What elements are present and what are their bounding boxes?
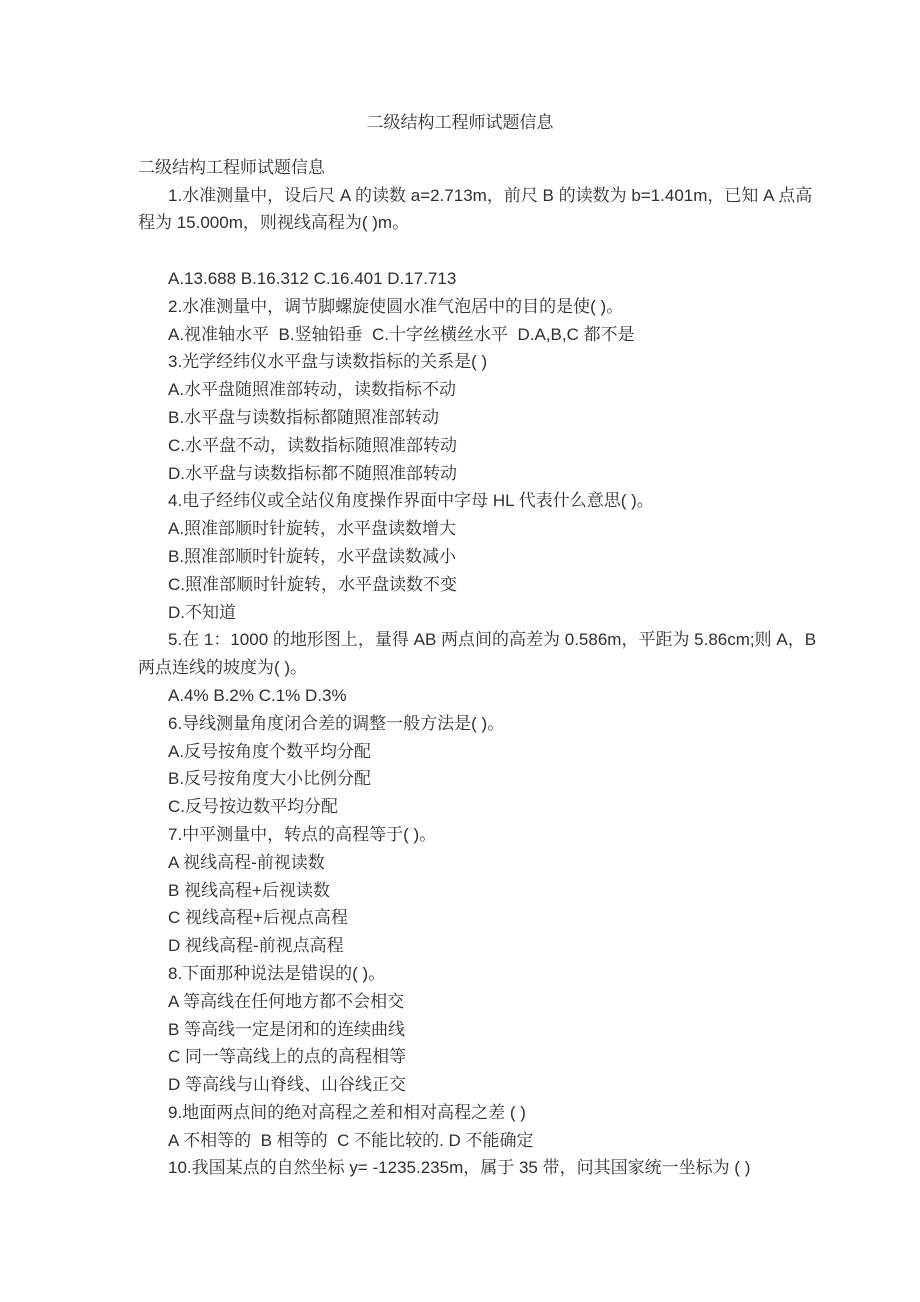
question-4-option-a: A.照准部顺时针旋转，水平盘读数增大 <box>0 515 920 543</box>
question-3: 3.光学经纬仪水平盘与读数指标的关系是( ) <box>0 348 920 376</box>
question-4: 4.电子经纬仪或全站仪角度操作界面中字母 HL 代表什么意思( )。 <box>0 487 920 515</box>
doc-heading: 二级结构工程师试题信息 <box>0 154 920 182</box>
question-8-option-d: D 等高线与山脊线、山谷线正交 <box>0 1071 920 1099</box>
question-6-option-c: C.反号按边数平均分配 <box>0 793 920 821</box>
blank-line <box>0 237 920 265</box>
question-7-option-b: B 视线高程+后视读数 <box>0 877 920 905</box>
question-7-option-a: A 视线高程-前视读数 <box>0 849 920 877</box>
question-7-option-c: C 视线高程+后视点高程 <box>0 904 920 932</box>
question-4-option-c: C.照准部顺时针旋转，水平盘读数不变 <box>0 571 920 599</box>
question-3-option-b: B.水平盘与读数指标都随照准部转动 <box>0 404 920 432</box>
question-6: 6.导线测量角度闭合差的调整一般方法是( )。 <box>0 710 920 738</box>
question-2: 2.水准测量中，调节脚螺旋使圆水准气泡居中的目的是使( )。 <box>0 293 920 321</box>
question-3-option-d: D.水平盘与读数指标都不随照准部转动 <box>0 460 920 488</box>
question-5-options: A.4% B.2% C.1% D.3% <box>0 682 920 710</box>
question-5-line-1: 5.在 1：1000 的地形图上，量得 AB 两点间的高差为 0.586m，平距… <box>0 626 920 654</box>
question-10: 10.我国某点的自然坐标 y= -1235.235m，属于 35 带，问其国家统… <box>0 1154 920 1182</box>
question-1-line-2: 程为 15.000m，则视线高程为( )m。 <box>0 209 920 237</box>
question-7: 7.中平测量中，转点的高程等于( )。 <box>0 821 920 849</box>
question-4-option-d: D.不知道 <box>0 599 920 627</box>
question-2-options: A.视准轴水平 B.竖轴铅垂 C.十字丝横丝水平 D.A,B,C 都不是 <box>0 321 920 349</box>
document-body: 二级结构工程师试题信息1.水准测量中，设后尺 A 的读数 a=2.713m，前尺… <box>0 154 920 1182</box>
question-6-option-b: B.反号按角度大小比例分配 <box>0 765 920 793</box>
question-1-line-1: 1.水准测量中，设后尺 A 的读数 a=2.713m，前尺 B 的读数为 b=1… <box>0 182 920 210</box>
question-4-option-b: B.照准部顺时针旋转，水平盘读数减小 <box>0 543 920 571</box>
question-6-option-a: A.反号按角度个数平均分配 <box>0 738 920 766</box>
question-9: 9.地面两点间的绝对高程之差和相对高程之差 ( ) <box>0 1099 920 1127</box>
question-1-options: A.13.688 B.16.312 C.16.401 D.17.713 <box>0 265 920 293</box>
question-3-option-c: C.水平盘不动，读数指标随照准部转动 <box>0 432 920 460</box>
question-8: 8.下面那种说法是错误的( )。 <box>0 960 920 988</box>
question-8-option-c: C 同一等高线上的点的高程相等 <box>0 1043 920 1071</box>
document-title: 二级结构工程师试题信息 <box>0 0 920 137</box>
question-3-option-a: A.水平盘随照准部转动，读数指标不动 <box>0 376 920 404</box>
question-7-option-d: D 视线高程-前视点高程 <box>0 932 920 960</box>
document-page: 二级结构工程师试题信息 二级结构工程师试题信息1.水准测量中，设后尺 A 的读数… <box>0 0 920 1302</box>
question-8-option-b: B 等高线一定是闭和的连续曲线 <box>0 1016 920 1044</box>
question-9-options: A 不相等的 B 相等的 C 不能比较的. D 不能确定 <box>0 1127 920 1155</box>
question-5-line-2: 两点连线的坡度为( )。 <box>0 654 920 682</box>
question-8-option-a: A 等高线在任何地方都不会相交 <box>0 988 920 1016</box>
